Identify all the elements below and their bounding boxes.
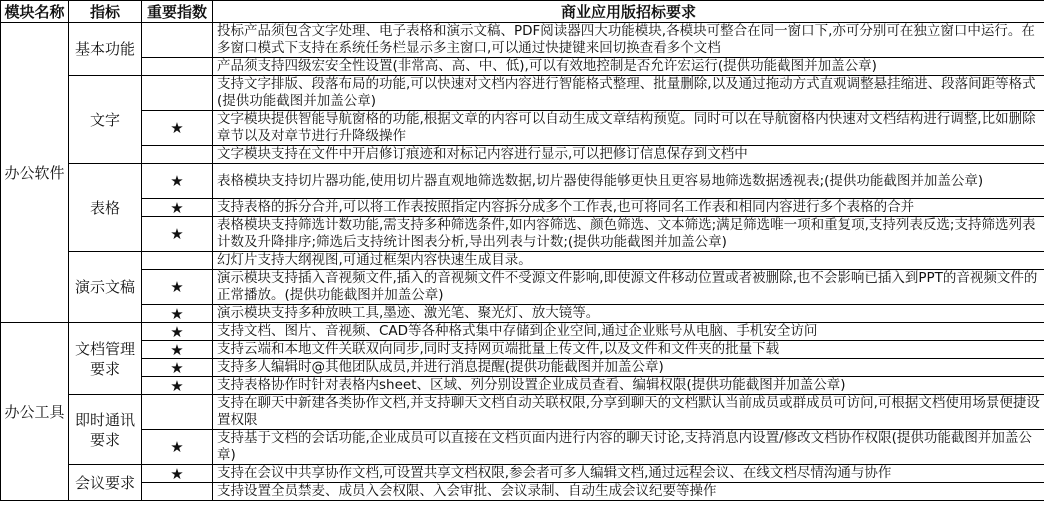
requirement-cell: 支持文档、图片、音视频、CAD等各种格式集中存储到企业空间,通过企业账号从电脑、…: [213, 323, 1044, 341]
star-cell: [142, 146, 213, 164]
requirements-table: 模块名称 指标 重要指数 商业应用版招标要求 办公软件 基本功能 投标产品须包含…: [0, 0, 1044, 501]
table-row: ★ 表格模块支持筛选计数功能,需支持多种筛选条件,如内容筛选、颜色筛选、文本筛选…: [1, 217, 1044, 252]
table-row: ★ 支持多人编辑时@其他团队成员,并进行消息提醒(提供功能截图并加盖公章): [1, 359, 1044, 377]
table-row: 文字 支持文字排版、段落布局的功能,可以快速对文档内容进行智能格式整理、批量删除…: [1, 76, 1044, 111]
star-cell: ★: [142, 199, 213, 217]
star-cell: ★: [142, 341, 213, 359]
star-cell: ★: [142, 430, 213, 465]
requirement-cell: 表格模块支持切片器功能,使用切片器直观地筛选数据,切片器使得能够更快且更容易地筛…: [213, 164, 1044, 199]
requirement-cell: 支持表格的拆分合并,可以将工作表按照指定内容拆分成多个工作表,也可将同名工作表和…: [213, 199, 1044, 217]
requirement-cell: 投标产品须包含文字处理、电子表格和演示文稿、PDF阅读器四大功能模块,各模块可整…: [213, 23, 1044, 58]
requirement-cell: 支持设置全员禁麦、成员入会权限、入会审批、会议录制、自动生成会议纪要等操作: [213, 483, 1044, 501]
star-cell: [142, 76, 213, 111]
requirement-cell: 幻灯片支持大纲视图,可通过框架内容快速生成目录。: [213, 252, 1044, 270]
module-cell-office-software: 办公软件: [1, 23, 69, 323]
requirement-cell: 支持在会议中共享协作文档,可设置共享文档权限,参会者可多人编辑文档,通过远程会议…: [213, 465, 1044, 483]
header-row: 模块名称 指标 重要指数 商业应用版招标要求: [1, 1, 1044, 23]
requirement-cell: 支持多人编辑时@其他团队成员,并进行消息提醒(提供功能截图并加盖公章): [213, 359, 1044, 377]
star-cell: ★: [142, 465, 213, 483]
requirement-cell: 表格模块支持筛选计数功能,需支持多种筛选条件,如内容筛选、颜色筛选、文本筛选;满…: [213, 217, 1044, 252]
table-row: 支持设置全员禁麦、成员入会权限、入会审批、会议录制、自动生成会议纪要等操作: [1, 483, 1044, 501]
indicator-cell-presentation: 演示文稿: [69, 252, 142, 323]
table-row: 产品须支持四级宏安全性设置(非常高、高、中、低),可以有效地控制是否允许宏运行(…: [1, 58, 1044, 76]
star-cell: [142, 23, 213, 58]
table-row: ★ 演示模块支持插入音视频文件,插入的音视频文件不受源文件影响,即使源文件移动位…: [1, 270, 1044, 305]
table-row: ★ 支持表格协作时针对表格内sheet、区域、列分别设置企业成员查看、编辑权限(…: [1, 377, 1044, 395]
star-cell: ★: [142, 270, 213, 305]
module-cell-office-tools: 办公工具: [1, 323, 69, 501]
table-row: 表格 ★ 表格模块支持切片器功能,使用切片器直观地筛选数据,切片器使得能够更快且…: [1, 164, 1044, 199]
table-row: 即时通讯要求 支持在聊天中新建各类协作文档,并支持聊天文档自动关联权限,分享到聊…: [1, 395, 1044, 430]
star-cell: ★: [142, 111, 213, 146]
table-row: 演示文稿 幻灯片支持大纲视图,可通过框架内容快速生成目录。: [1, 252, 1044, 270]
table-row: ★ 支持基于文档的会话功能,企业成员可以直接在文档页面内进行内容的聊天讨论,支持…: [1, 430, 1044, 465]
table-row: ★ 文字模块提供智能导航窗格的功能,根据文章的内容可以自动生成文章结构预览。同时…: [1, 111, 1044, 146]
star-cell: ★: [142, 305, 213, 323]
indicator-cell-doc-management: 文档管理要求: [69, 323, 142, 395]
indicator-cell-spreadsheet: 表格: [69, 164, 142, 252]
header-module: 模块名称: [1, 1, 69, 23]
table-row: 办公工具 文档管理要求 ★ 支持文档、图片、音视频、CAD等各种格式集中存储到企…: [1, 323, 1044, 341]
table-row: ★ 演示模块支持多种放映工具,墨迹、激光笔、聚光灯、放大镜等。: [1, 305, 1044, 323]
star-cell: ★: [142, 217, 213, 252]
header-requirement: 商业应用版招标要求: [213, 1, 1044, 23]
requirement-cell: 文字模块支持在文件中开启修订痕迹和对标记内容进行显示,可以把修订信息保存到文档中: [213, 146, 1044, 164]
indicator-cell-text: 文字: [69, 76, 142, 164]
requirement-cell: 演示模块支持多种放映工具,墨迹、激光笔、聚光灯、放大镜等。: [213, 305, 1044, 323]
requirement-cell: 支持文字排版、段落布局的功能,可以快速对文档内容进行智能格式整理、批量删除,以及…: [213, 76, 1044, 111]
table-row: ★ 支持表格的拆分合并,可以将工作表按照指定内容拆分成多个工作表,也可将同名工作…: [1, 199, 1044, 217]
star-cell: [142, 252, 213, 270]
requirement-cell: 产品须支持四级宏安全性设置(非常高、高、中、低),可以有效地控制是否允许宏运行(…: [213, 58, 1044, 76]
requirement-cell: 支持云端和本地文件关联双向同步,同时支持网页端批量上传文件,以及文件和文件夹的批…: [213, 341, 1044, 359]
table-row: 会议要求 ★ 支持在会议中共享协作文档,可设置共享文档权限,参会者可多人编辑文档…: [1, 465, 1044, 483]
star-cell: [142, 483, 213, 501]
requirement-cell: 文字模块提供智能导航窗格的功能,根据文章的内容可以自动生成文章结构预览。同时可以…: [213, 111, 1044, 146]
indicator-cell-basic-functions: 基本功能: [69, 23, 142, 76]
star-cell: ★: [142, 359, 213, 377]
indicator-cell-instant-messaging: 即时通讯要求: [69, 395, 142, 465]
star-cell: ★: [142, 377, 213, 395]
header-indicator: 指标: [69, 1, 142, 23]
table-row: ★ 支持云端和本地文件关联双向同步,同时支持网页端批量上传文件,以及文件和文件夹…: [1, 341, 1044, 359]
star-cell: [142, 395, 213, 430]
star-cell: ★: [142, 323, 213, 341]
requirement-cell: 支持表格协作时针对表格内sheet、区域、列分别设置企业成员查看、编辑权限(提供…: [213, 377, 1044, 395]
table-row: 办公软件 基本功能 投标产品须包含文字处理、电子表格和演示文稿、PDF阅读器四大…: [1, 23, 1044, 58]
requirement-cell: 演示模块支持插入音视频文件,插入的音视频文件不受源文件影响,即使源文件移动位置或…: [213, 270, 1044, 305]
bidding-requirements-sheet: 模块名称 指标 重要指数 商业应用版招标要求 办公软件 基本功能 投标产品须包含…: [0, 0, 1044, 505]
requirement-cell: 支持基于文档的会话功能,企业成员可以直接在文档页面内进行内容的聊天讨论,支持消息…: [213, 430, 1044, 465]
requirement-cell: 支持在聊天中新建各类协作文档,并支持聊天文档自动关联权限,分享到聊天的文档默认当…: [213, 395, 1044, 430]
star-cell: [142, 58, 213, 76]
header-importance: 重要指数: [142, 1, 213, 23]
star-cell: ★: [142, 164, 213, 199]
table-row: 文字模块支持在文件中开启修订痕迹和对标记内容进行显示,可以把修订信息保存到文档中: [1, 146, 1044, 164]
indicator-cell-meeting: 会议要求: [69, 465, 142, 501]
